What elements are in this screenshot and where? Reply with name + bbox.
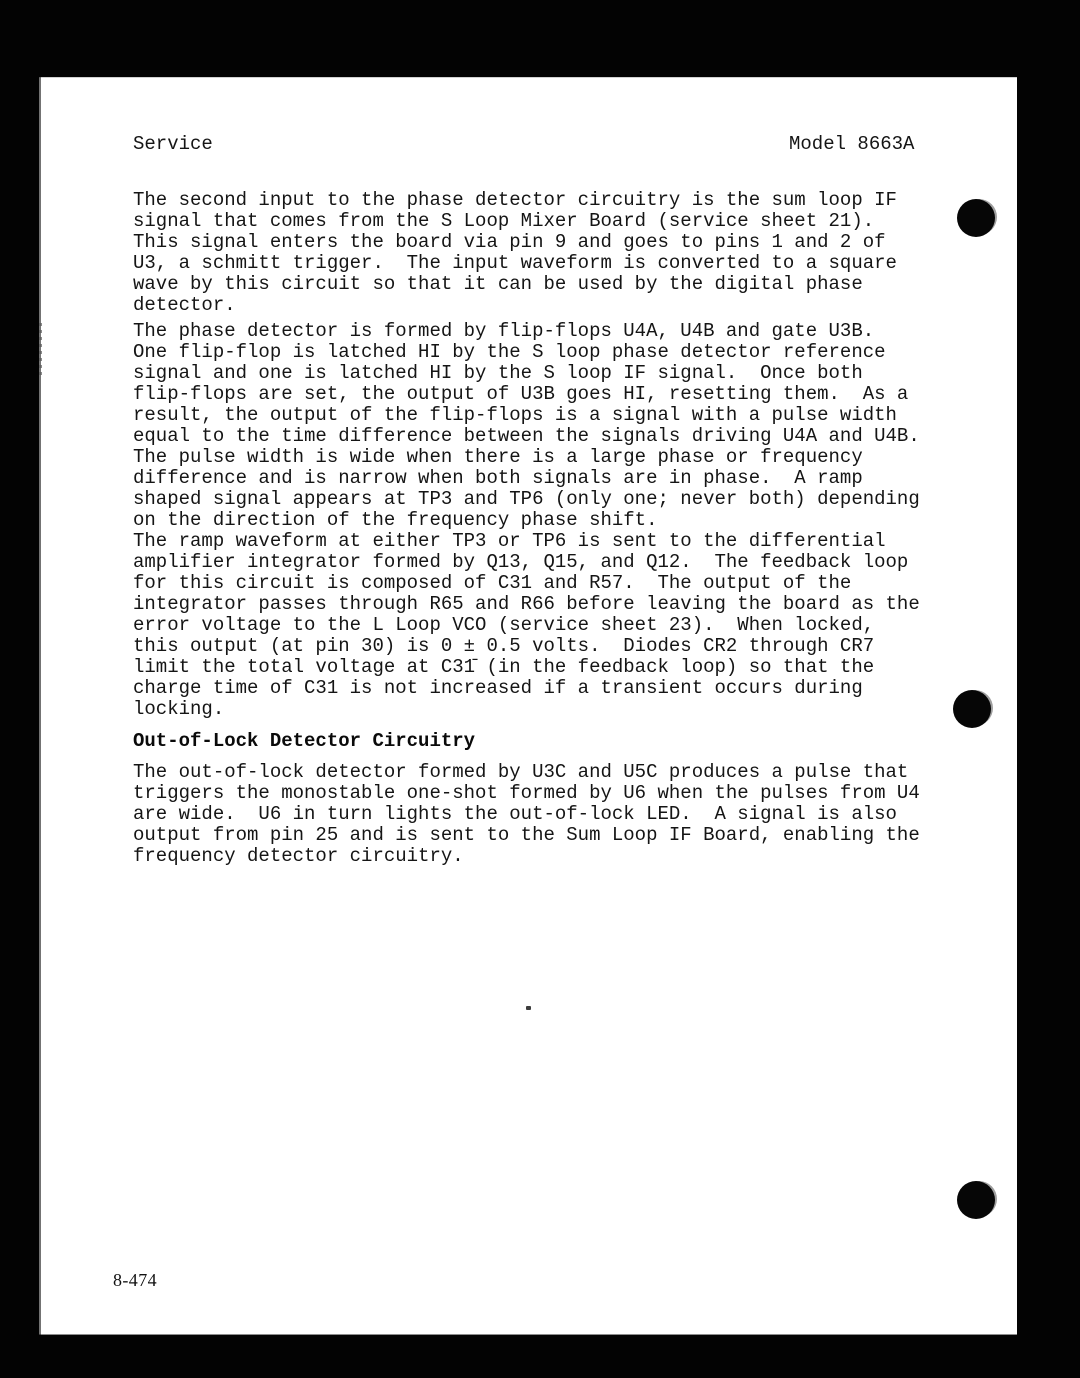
document-page: Service Model 8663A The second input to … [39, 77, 1017, 1335]
paragraph-out-of-lock-detector: The out-of-lock detector formed by U3C a… [133, 762, 920, 867]
punch-hole-bottom-icon [957, 1181, 995, 1219]
scan-speck [526, 1006, 531, 1010]
punch-hole-top-icon [957, 199, 995, 237]
page-number: 8-474 [113, 1270, 157, 1291]
punch-hole-middle-icon [953, 690, 991, 728]
running-header-model: Model 8663A [789, 134, 914, 155]
section-heading-out-of-lock-detector-circuitry: Out-of-Lock Detector Circuitry [133, 731, 475, 752]
scanner-black-surround: Service Model 8663A The second input to … [0, 0, 1080, 1378]
paragraph-phase-detector-operation: The phase detector is formed by flip-flo… [133, 321, 920, 720]
running-header-section: Service [133, 134, 213, 155]
scan-edge-noise [39, 323, 42, 377]
paragraph-phase-detector-input: The second input to the phase detector c… [133, 190, 897, 316]
